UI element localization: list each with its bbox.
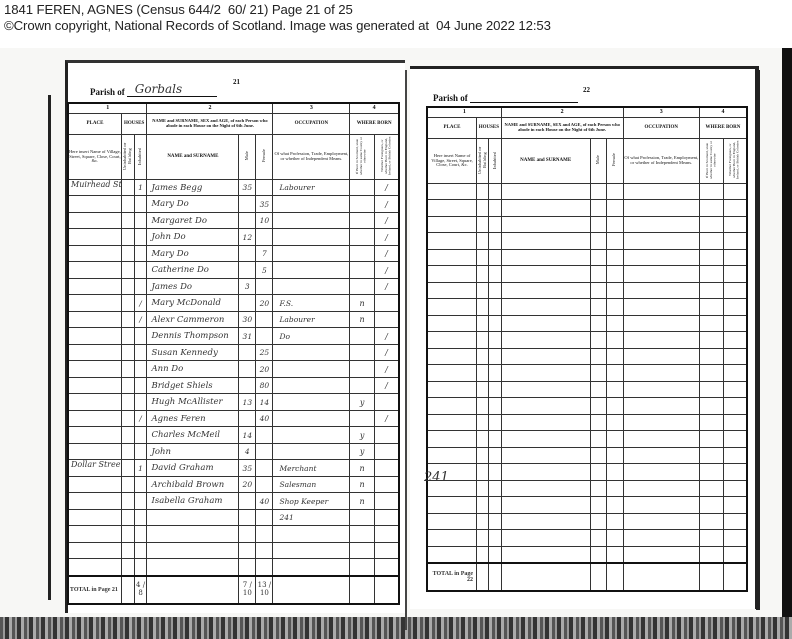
total-name-blank: [147, 576, 239, 604]
male-age-cell: [590, 530, 607, 547]
total-inhabited: [489, 563, 501, 591]
female-age-cell: [607, 183, 624, 200]
uninhabited-cell: [121, 526, 134, 543]
right-page-number: 22: [583, 86, 590, 94]
inhabited-heading: Inhabited: [493, 152, 498, 169]
place-cell: [68, 262, 121, 279]
name-cell: [501, 249, 590, 266]
place-cell: [427, 398, 477, 415]
table-row: [427, 530, 747, 547]
born-same-county-cell: [699, 365, 723, 382]
born-same-county-cell: [350, 278, 375, 295]
table-row: [427, 398, 747, 415]
total-born-same-blank: [699, 563, 723, 591]
female-age-cell: [256, 460, 273, 477]
total-male: [590, 563, 607, 591]
uninhabited-cell: [477, 431, 489, 448]
female-age-cell: [256, 476, 273, 493]
born-same-county-cell: [350, 542, 375, 559]
born-elsewhere-cell: [723, 513, 747, 530]
name-cell: [501, 381, 590, 398]
born-elsewhere-cell: /: [374, 328, 399, 345]
uninhabited-cell: [121, 476, 134, 493]
occupation-cell: [623, 200, 699, 217]
born-same-county-cell: n: [350, 493, 375, 510]
name-cell: Mary Do: [147, 245, 239, 262]
inhabited-cell: [489, 315, 501, 332]
inhabited-cell: [134, 229, 147, 246]
name-group-heading: NAME and SURNAME, SEX and AGE, of each P…: [147, 114, 273, 135]
born-same-county-cell: [699, 233, 723, 250]
uninhabited-cell: [477, 530, 489, 547]
born-same-county-cell: [699, 249, 723, 266]
born-elsewhere-cell: [723, 282, 747, 299]
occupation-cell: [623, 315, 699, 332]
table-row: [427, 348, 747, 365]
occupation-cell: [623, 266, 699, 283]
occupation-cell: [623, 249, 699, 266]
col-3-number: 3: [273, 103, 350, 114]
left-parish-field: Parish ofGorbals: [90, 84, 217, 97]
female-age-cell: [607, 464, 624, 481]
uninhabited-cell: [121, 262, 134, 279]
parish-value: Gorbals: [135, 82, 182, 96]
male-age-cell: [239, 295, 256, 312]
female-age-cell: 25: [256, 344, 273, 361]
place-cell: [68, 410, 121, 427]
inhabited-cell: [489, 447, 501, 464]
born-same-county-cell: [350, 179, 375, 196]
table-row: [427, 299, 747, 316]
occupation-cell: Labourer: [273, 179, 350, 196]
place-cell: [427, 348, 477, 365]
born-elsewhere-heading: Whether Foreigners, or whether Born in E…: [381, 135, 393, 177]
table-row: Susan Kennedy25/: [68, 344, 399, 361]
born-elsewhere-cell: [723, 480, 747, 497]
name-cell: [147, 509, 239, 526]
place-cell: [68, 394, 121, 411]
name-cell: [501, 464, 590, 481]
occupation-cell: [273, 427, 350, 444]
inhabited-cell: [489, 200, 501, 217]
occupation-cell: [273, 443, 350, 460]
male-age-cell: [590, 332, 607, 349]
occupation-cell: Salesman: [273, 476, 350, 493]
name-cell: [501, 497, 590, 514]
born-same-county-cell: [699, 266, 723, 283]
uninhabited-cell: [477, 299, 489, 316]
occupation-subheading: Of what Profession, Trade, Employment, o…: [623, 139, 699, 184]
female-age-cell: [607, 332, 624, 349]
place-cell: [427, 431, 477, 448]
table-row: [427, 414, 747, 431]
male-age-cell: [590, 233, 607, 250]
uninhabited-heading: Uninhabited or Building: [478, 139, 488, 181]
table-row: Mary Do35/: [68, 196, 399, 213]
place-cell: [68, 493, 121, 510]
male-age-cell: [239, 245, 256, 262]
uninhabited-cell: [477, 282, 489, 299]
total-label: TOTAL in Page 21: [68, 576, 121, 604]
occupation-cell: [623, 365, 699, 382]
inhabited-cell: [489, 381, 501, 398]
born-same-county-cell: [350, 526, 375, 543]
table-row: Muirhead Street1James Begg35Labourer/: [68, 179, 399, 196]
inhabited-cell: 1: [134, 460, 147, 477]
name-cell: [501, 282, 590, 299]
uninhabited-cell: [121, 212, 134, 229]
name-cell: [147, 559, 239, 576]
uninhabited-cell: [121, 460, 134, 477]
table-row: Catherine Do5/: [68, 262, 399, 279]
name-cell: Catherine Do: [147, 262, 239, 279]
name-cell: Bridget Shiels: [147, 377, 239, 394]
table-row: [68, 542, 399, 559]
born-elsewhere-cell: [723, 381, 747, 398]
table-row: [427, 233, 747, 250]
uninhabited-cell: [121, 328, 134, 345]
place-cell: [427, 513, 477, 530]
uninhabited-cell: [477, 464, 489, 481]
right-margin-note: 241: [424, 470, 449, 485]
occupation-cell: Labourer: [273, 311, 350, 328]
born-same-county-cell: [699, 546, 723, 563]
name-cell: Mary McDonald: [147, 295, 239, 312]
born-elsewhere-cell: [723, 249, 747, 266]
born-elsewhere-cell: [374, 443, 399, 460]
place-cell: [68, 295, 121, 312]
occupation-cell: [623, 480, 699, 497]
inhabited-cell: [489, 299, 501, 316]
occupation-cell: [623, 546, 699, 563]
occupation-cell: [623, 282, 699, 299]
male-age-cell: [590, 447, 607, 464]
male-age-cell: 35: [239, 460, 256, 477]
female-age-cell: [607, 348, 624, 365]
total-label: TOTAL in Page 22: [427, 563, 477, 591]
book-binding-left: [48, 95, 51, 600]
male-age-cell: [590, 381, 607, 398]
born-elsewhere-cell: /: [374, 344, 399, 361]
copyright-notice: ©Crown copyright, National Records of Sc…: [4, 18, 551, 33]
born-elsewhere-cell: [723, 464, 747, 481]
born-elsewhere-cell: [374, 559, 399, 576]
houses-heading: HOUSES: [477, 118, 502, 139]
born-elsewhere-cell: [723, 348, 747, 365]
name-cell: Archibald Brown: [147, 476, 239, 493]
place-cell: [427, 414, 477, 431]
inhabited-cell: [134, 493, 147, 510]
table-row: James Do3/: [68, 278, 399, 295]
born-elsewhere-cell: [374, 427, 399, 444]
born-same-county-cell: [350, 344, 375, 361]
born-elsewhere-cell: [723, 183, 747, 200]
place-cell: [427, 497, 477, 514]
female-age-cell: [607, 381, 624, 398]
occupation-cell: [623, 398, 699, 415]
col-1-number: 1: [427, 107, 501, 118]
inhabited-cell: [489, 414, 501, 431]
born-elsewhere-cell: /: [374, 377, 399, 394]
born-elsewhere-cell: [723, 546, 747, 563]
female-age-cell: [607, 249, 624, 266]
place-cell: [427, 315, 477, 332]
male-heading: Male: [596, 155, 601, 164]
male-age-cell: [590, 464, 607, 481]
born-same-county-cell: [699, 381, 723, 398]
uninhabited-cell: [477, 381, 489, 398]
born-elsewhere-cell: [374, 509, 399, 526]
female-age-cell: [607, 513, 624, 530]
col-2-number: 2: [147, 103, 273, 114]
place-cell: [68, 212, 121, 229]
male-age-cell: [590, 348, 607, 365]
male-age-cell: [590, 266, 607, 283]
place-cell: [427, 266, 477, 283]
occupation-cell: [623, 497, 699, 514]
inhabited-cell: [134, 196, 147, 213]
uninhabited-cell: [477, 183, 489, 200]
place-heading: PLACE: [427, 118, 477, 139]
born-same-county-cell: [699, 315, 723, 332]
name-cell: Susan Kennedy: [147, 344, 239, 361]
uninhabited-cell: [477, 414, 489, 431]
occupation-cell: [623, 381, 699, 398]
name-group-heading: NAME and SURNAME, SEX and AGE, of each P…: [501, 118, 623, 139]
place-cell: [427, 183, 477, 200]
inhabited-cell: [134, 427, 147, 444]
place-cell: [68, 377, 121, 394]
born-same-county-cell: [350, 262, 375, 279]
occupation-cell: Shop Keeper: [273, 493, 350, 510]
uninhabited-cell: [477, 497, 489, 514]
born-same-county-cell: [350, 196, 375, 213]
table-row: [427, 480, 747, 497]
occupation-cell: [273, 559, 350, 576]
place-cell: [427, 332, 477, 349]
born-elsewhere-cell: [374, 460, 399, 477]
inhabited-cell: [489, 513, 501, 530]
female-age-cell: 40: [256, 493, 273, 510]
born-same-county-cell: [699, 464, 723, 481]
inhabited-cell: [134, 278, 147, 295]
male-age-cell: [590, 249, 607, 266]
total-occupation-blank: [623, 563, 699, 591]
inhabited-cell: [134, 361, 147, 378]
born-elsewhere-cell: [374, 394, 399, 411]
uninhabited-cell: [477, 398, 489, 415]
uninhabited-cell: [121, 427, 134, 444]
col-3-number: 3: [623, 107, 699, 118]
inhabited-cell: [489, 332, 501, 349]
total-born-else-blank: [374, 576, 399, 604]
place-cell: [427, 546, 477, 563]
inhabited-cell: [489, 233, 501, 250]
male-age-cell: 35: [239, 179, 256, 196]
uninhabited-cell: [121, 344, 134, 361]
born-elsewhere-cell: [723, 497, 747, 514]
uninhabited-cell: [477, 546, 489, 563]
uninhabited-cell: [477, 200, 489, 217]
born-same-county-cell: [350, 229, 375, 246]
born-same-county-cell: [350, 245, 375, 262]
table-row: [427, 200, 747, 217]
table-row: Archibald Brown20Salesmann: [68, 476, 399, 493]
female-age-cell: [607, 315, 624, 332]
place-heading: PLACE: [68, 114, 121, 135]
occupation-cell: [623, 348, 699, 365]
born-same-county-cell: [350, 377, 375, 394]
uninhabited-cell: [121, 410, 134, 427]
born-same-county-cell: y: [350, 443, 375, 460]
name-cell: Ann Do: [147, 361, 239, 378]
born-same-county-cell: y: [350, 394, 375, 411]
occupation-cell: [623, 464, 699, 481]
born-same-county-cell: [350, 328, 375, 345]
inhabited-cell: [489, 216, 501, 233]
uninhabited-cell: [121, 493, 134, 510]
male-age-cell: [590, 282, 607, 299]
born-same-county-cell: [699, 299, 723, 316]
name-cell: [501, 299, 590, 316]
occupation-cell: 241: [273, 509, 350, 526]
female-age-cell: [256, 526, 273, 543]
male-age-cell: [590, 513, 607, 530]
uninhabited-heading: Uninhabited or Building: [123, 135, 133, 177]
born-elsewhere-cell: [723, 216, 747, 233]
table-row: /Agnes Feren40/: [68, 410, 399, 427]
name-cell: [501, 546, 590, 563]
inhabited-cell: [134, 526, 147, 543]
born-same-county-cell: [699, 480, 723, 497]
total-born-else-blank: [723, 563, 747, 591]
male-age-cell: [590, 299, 607, 316]
table-row: [427, 183, 747, 200]
inhabited-cell: [489, 497, 501, 514]
houses-heading: HOUSES: [121, 114, 147, 135]
total-uninhabited: [477, 563, 489, 591]
place-cell: [427, 299, 477, 316]
occupation-cell: [273, 212, 350, 229]
inhabited-cell: [489, 398, 501, 415]
name-cell: Margaret Do: [147, 212, 239, 229]
name-cell: Isabella Graham: [147, 493, 239, 510]
total-female: 13 / 10: [256, 576, 273, 604]
uninhabited-cell: [121, 443, 134, 460]
inhabited-cell: [489, 464, 501, 481]
where-born-heading: WHERE BORN: [699, 118, 747, 139]
male-age-cell: 30: [239, 311, 256, 328]
female-age-cell: 20: [256, 295, 273, 312]
occupation-cell: [273, 542, 350, 559]
born-elsewhere-cell: /: [374, 179, 399, 196]
name-cell: James Begg: [147, 179, 239, 196]
male-age-cell: 12: [239, 229, 256, 246]
place-subheading: Here insert Name of Village, Street, Squ…: [68, 135, 121, 180]
inhabited-cell: [489, 249, 501, 266]
total-name-blank: [501, 563, 590, 591]
uninhabited-cell: [121, 295, 134, 312]
name-cell: [501, 183, 590, 200]
female-heading: Female: [612, 153, 617, 166]
born-elsewhere-cell: [723, 200, 747, 217]
uninhabited-cell: [477, 266, 489, 283]
name-cell: Agnes Feren: [147, 410, 239, 427]
uninhabited-cell: [477, 233, 489, 250]
born-same-county-cell: [699, 513, 723, 530]
female-age-cell: [256, 328, 273, 345]
name-cell: David Graham: [147, 460, 239, 477]
born-elsewhere-cell: /: [374, 245, 399, 262]
female-age-cell: [607, 200, 624, 217]
uninhabited-cell: [477, 315, 489, 332]
name-cell: Alexr Cammeron: [147, 311, 239, 328]
female-age-cell: [607, 530, 624, 547]
table-row: Charles McMeil14y: [68, 427, 399, 444]
female-age-cell: [256, 509, 273, 526]
occupation-cell: [623, 332, 699, 349]
scan-edge: [782, 48, 792, 639]
female-age-cell: [607, 447, 624, 464]
born-same-county-cell: [699, 431, 723, 448]
male-age-cell: [239, 559, 256, 576]
name-cell: [501, 233, 590, 250]
male-age-cell: [590, 414, 607, 431]
born-elsewhere-heading: Whether Foreigners, or whether Born in E…: [729, 139, 741, 181]
scan-bottom-edge: [0, 617, 792, 639]
name-cell: [501, 414, 590, 431]
born-elsewhere-cell: /: [374, 410, 399, 427]
place-cell: [68, 196, 121, 213]
place-cell: [68, 542, 121, 559]
uninhabited-cell: [477, 249, 489, 266]
male-age-cell: [239, 410, 256, 427]
female-age-cell: [607, 266, 624, 283]
occupation-cell: [623, 183, 699, 200]
occupation-cell: [273, 410, 350, 427]
born-elsewhere-cell: /: [374, 196, 399, 213]
occupation-cell: Do: [273, 328, 350, 345]
born-same-county-cell: [699, 447, 723, 464]
table-row: [427, 282, 747, 299]
female-age-cell: [607, 299, 624, 316]
name-cell: [501, 513, 590, 530]
uninhabited-cell: [121, 377, 134, 394]
male-age-cell: [239, 377, 256, 394]
left-page-number: 21: [233, 78, 240, 86]
total-inhabited: 4 / 8: [134, 576, 147, 604]
table-row: Dollar Street1David Graham35Merchantn: [68, 460, 399, 477]
occupation-cell: [273, 394, 350, 411]
place-cell: [68, 245, 121, 262]
born-elsewhere-cell: [374, 295, 399, 312]
where-born-heading: WHERE BORN: [350, 114, 399, 135]
occupation-subheading: Of what Profession, Trade, Employment, o…: [273, 135, 350, 180]
female-age-cell: [607, 216, 624, 233]
born-same-county-cell: n: [350, 460, 375, 477]
born-same-county-heading: If Born in Scotland, state whether in sa…: [356, 135, 368, 177]
female-age-cell: [607, 546, 624, 563]
born-elsewhere-cell: [723, 447, 747, 464]
inhabited-cell: [489, 365, 501, 382]
male-age-cell: [590, 431, 607, 448]
place-cell: [427, 447, 477, 464]
male-age-cell: 31: [239, 328, 256, 345]
male-age-cell: [590, 480, 607, 497]
inhabited-cell: [134, 377, 147, 394]
born-same-county-cell: [350, 212, 375, 229]
female-age-cell: [256, 311, 273, 328]
